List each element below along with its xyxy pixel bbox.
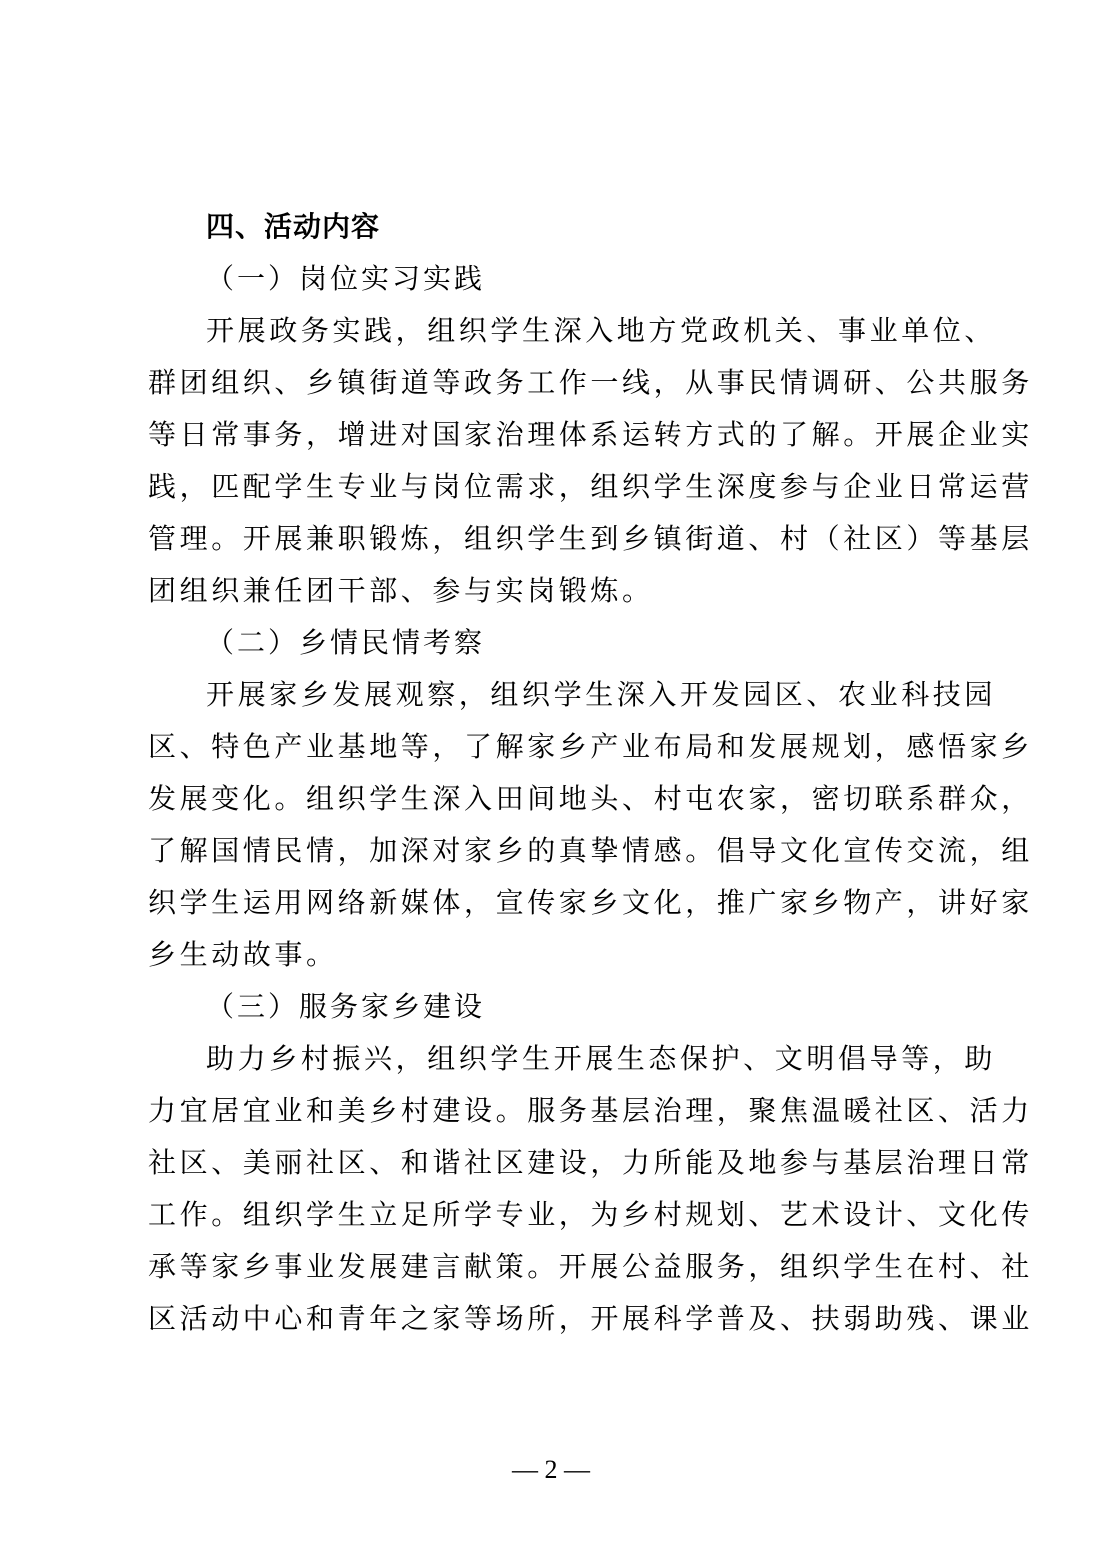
paragraph-line: 开展政务实践，组织学生深入地方党政机关、事业单位、 — [206, 305, 996, 357]
paragraph-line: 工作。组织学生立足所学专业，为乡村规划、艺术设计、文化传 — [148, 1189, 1033, 1241]
subsection-heading-2: （二）乡情民情考察 — [206, 617, 485, 669]
paragraph-line: 乡生动故事。 — [148, 929, 338, 981]
page-number: — 2 — — [0, 1452, 1102, 1488]
section-title: 四、活动内容 — [206, 201, 380, 253]
paragraph-line: 开展家乡发展观察，组织学生深入开发园区、农业科技园 — [206, 669, 996, 721]
subsection-heading-3: （三）服务家乡建设 — [206, 981, 485, 1033]
paragraph-line: 区、特色产业基地等，了解家乡产业布局和发展规划，感悟家乡 — [148, 721, 1033, 773]
paragraph-line: 践，匹配学生专业与岗位需求，组织学生深度参与企业日常运营 — [148, 461, 1033, 513]
paragraph-line: 社区、美丽社区、和谐社区建设，力所能及地参与基层治理日常 — [148, 1137, 1033, 1189]
paragraph-line: 区活动中心和青年之家等场所，开展科学普及、扶弱助残、课业 — [148, 1293, 1033, 1345]
paragraph-line: 群团组织、乡镇街道等政务工作一线，从事民情调研、公共服务 — [148, 357, 1033, 409]
paragraph-line: 团组织兼任团干部、参与实岗锻炼。 — [148, 565, 654, 617]
paragraph-line: 承等家乡事业发展建言献策。开展公益服务，组织学生在村、社 — [148, 1241, 1033, 1293]
subsection-heading-1: （一）岗位实习实践 — [206, 253, 485, 305]
paragraph-line: 了解国情民情，加深对家乡的真挚情感。倡导文化宣传交流，组 — [148, 825, 1033, 877]
document-page: 四、活动内容 （一）岗位实习实践 开展政务实践，组织学生深入地方党政机关、事业单… — [0, 0, 1102, 1559]
paragraph-line: 等日常事务，增进对国家治理体系运转方式的了解。开展企业实 — [148, 409, 1033, 461]
paragraph-line: 织学生运用网络新媒体，宣传家乡文化，推广家乡物产，讲好家 — [148, 877, 1033, 929]
paragraph-line: 发展变化。组织学生深入田间地头、村屯农家，密切联系群众， — [148, 773, 1033, 825]
paragraph-line: 助力乡村振兴，组织学生开展生态保护、文明倡导等，助 — [206, 1033, 996, 1085]
paragraph-line: 力宜居宜业和美乡村建设。服务基层治理，聚焦温暖社区、活力 — [148, 1085, 1033, 1137]
paragraph-line: 管理。开展兼职锻炼，组织学生到乡镇街道、村（社区）等基层 — [148, 513, 1033, 565]
